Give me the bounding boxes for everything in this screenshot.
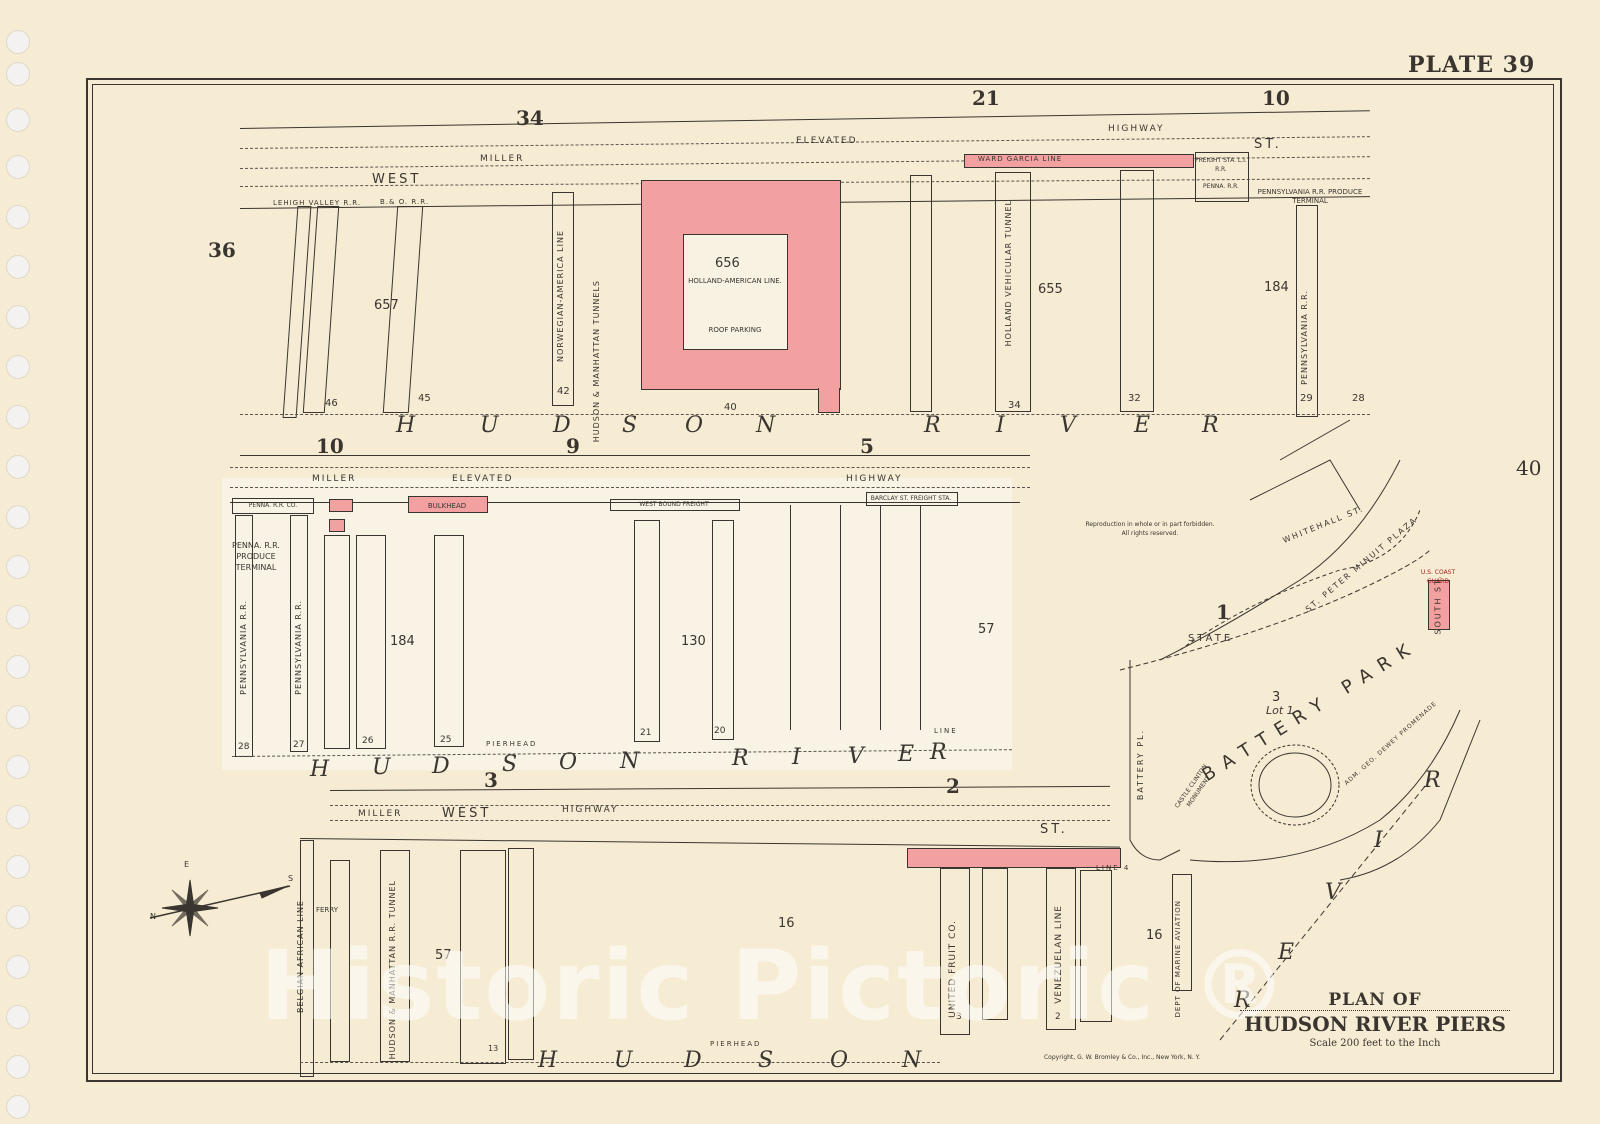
river-letter: V bbox=[848, 744, 864, 769]
pierhead-label: PIERHEAD bbox=[486, 740, 537, 748]
lot-line bbox=[880, 505, 881, 730]
pier bbox=[910, 175, 932, 412]
binder-hole bbox=[6, 405, 30, 429]
block-number: 36 bbox=[208, 238, 236, 262]
binder-hole bbox=[6, 505, 30, 529]
pier bbox=[434, 535, 464, 747]
produce-terminal-label: PENNSYLVANIA R.R. PRODUCE TERMINAL bbox=[1255, 188, 1365, 206]
copyright-notice: Copyright, G. W. Bromley & Co., Inc., Ne… bbox=[1022, 1053, 1222, 1062]
binder-hole bbox=[6, 255, 30, 279]
binder-hole bbox=[6, 705, 30, 729]
pier-number: 45 bbox=[418, 393, 431, 404]
river-letter: I bbox=[792, 745, 801, 770]
river-letter: O bbox=[559, 750, 577, 775]
binder-hole bbox=[6, 355, 30, 379]
river-letter: S bbox=[758, 1048, 773, 1073]
pier-number: 27 bbox=[293, 740, 304, 750]
lot-number: 3 bbox=[1272, 690, 1280, 705]
lot-number: 130 bbox=[681, 634, 706, 649]
pier bbox=[634, 520, 660, 742]
street-label-st: ST. bbox=[1040, 822, 1068, 837]
pier-number: 20 bbox=[714, 726, 725, 736]
pier-number: 34 bbox=[1008, 400, 1021, 411]
river-letter: H bbox=[310, 757, 329, 782]
pier-number: 25 bbox=[440, 735, 451, 745]
binder-hole bbox=[6, 755, 30, 779]
rail-label: LEHIGH VALLEY R.R. bbox=[273, 199, 361, 207]
compass-north: N bbox=[150, 912, 156, 921]
pier-number: 26 bbox=[362, 736, 373, 746]
river-letter: R bbox=[924, 413, 941, 438]
pier-holland-american-ext bbox=[818, 388, 840, 413]
river-letter: U bbox=[372, 755, 391, 780]
pier-number: 13 bbox=[488, 1044, 498, 1053]
river-letter: D bbox=[432, 754, 450, 779]
river-letter: H bbox=[396, 413, 415, 438]
pier-note: ROOF PARKING bbox=[688, 326, 782, 335]
binder-hole bbox=[6, 855, 30, 879]
pier bbox=[712, 520, 734, 740]
lot-line bbox=[840, 505, 841, 730]
street-label-highway: HIGHWAY bbox=[562, 805, 619, 815]
penna-label: PENNA. R.R. bbox=[1195, 182, 1247, 191]
lot-line bbox=[790, 505, 791, 730]
bulkhead-label: WARD GARCIA LINE bbox=[978, 155, 1062, 163]
river-letter: E bbox=[898, 742, 914, 767]
street-label-elevated: ELEVATED bbox=[796, 136, 858, 146]
street-label-west: WEST bbox=[372, 172, 421, 187]
street-label-west: WEST bbox=[442, 806, 491, 821]
binder-hole bbox=[6, 30, 30, 54]
river-letter: N bbox=[620, 749, 639, 774]
binder-hole bbox=[6, 155, 30, 179]
pier-label: PENNSYLVANIA R.R. bbox=[294, 600, 303, 695]
map-title-line2: HUDSON RIVER PIERS bbox=[1240, 1010, 1510, 1036]
compass-icon bbox=[140, 860, 300, 940]
elevated-line bbox=[230, 467, 1030, 468]
line-label: LINE bbox=[934, 727, 958, 735]
highlighted-lot bbox=[329, 519, 345, 532]
river-letter: S bbox=[502, 752, 517, 777]
rail-label: B.& O. R.R. bbox=[380, 198, 429, 206]
lot-line bbox=[920, 505, 921, 730]
pier bbox=[356, 535, 386, 749]
watermark: Historic Pictoric ® bbox=[260, 930, 1289, 1042]
river-letter: R bbox=[930, 740, 947, 765]
river-letter: D bbox=[684, 1048, 702, 1073]
lot-number: 184 bbox=[1264, 280, 1289, 295]
street-label-miller: MILLER bbox=[312, 474, 356, 484]
pier-label: PENNSYLVANIA R.R. bbox=[239, 600, 248, 695]
lot-number: 657 bbox=[374, 298, 399, 313]
block-number: 1 bbox=[1216, 600, 1230, 624]
map-title-line1: PLAN OF bbox=[1240, 990, 1510, 1010]
adjacent-plate-number: 40 bbox=[1516, 456, 1541, 480]
pier bbox=[324, 535, 350, 749]
pier-number: 28 bbox=[238, 742, 249, 752]
river-letter: R bbox=[732, 746, 749, 771]
river-letter: N bbox=[902, 1048, 921, 1073]
street-line bbox=[240, 455, 1030, 456]
binder-hole bbox=[6, 1095, 30, 1119]
binder-hole bbox=[6, 205, 30, 229]
binder-hole bbox=[6, 108, 30, 132]
pier-number: 40 bbox=[724, 402, 737, 413]
tunnel-label: HUDSON & MANHATTAN TUNNELS bbox=[592, 280, 601, 442]
river-letter: I bbox=[1374, 828, 1383, 853]
map-title: PLAN OF HUDSON RIVER PIERS Scale 200 fee… bbox=[1240, 990, 1510, 1049]
lot-number: 16 bbox=[778, 916, 795, 931]
barclay-label: BARCLAY ST. FREIGHT STA. bbox=[868, 494, 954, 503]
lot-number: 57 bbox=[978, 622, 995, 637]
river-letter: U bbox=[480, 413, 499, 438]
lot-number: 184 bbox=[390, 634, 415, 649]
lot-number: 656 bbox=[715, 256, 740, 271]
lot-number: 655 bbox=[1038, 282, 1063, 297]
pier-number: 46 bbox=[325, 398, 338, 409]
binder-hole bbox=[6, 605, 30, 629]
plate-title: PLATE 39 bbox=[1408, 52, 1535, 78]
pier-label: NORWEGIAN-AMERICA LINE bbox=[556, 230, 565, 362]
street-label-st: ST. bbox=[1254, 137, 1282, 152]
pier-number: 21 bbox=[640, 728, 651, 738]
river-letter: N bbox=[756, 413, 775, 438]
street-label-highway: HIGHWAY bbox=[1108, 124, 1165, 134]
river-letter: O bbox=[685, 413, 703, 438]
freight-label: FREIGHT STA. L.I. R.R. bbox=[1195, 156, 1247, 174]
binder-hole bbox=[6, 905, 30, 929]
bulkhead-highlight bbox=[907, 848, 1121, 868]
street-label-miller: MILLER bbox=[480, 154, 524, 164]
map-scale: Scale 200 feet to the Inch bbox=[1240, 1038, 1510, 1049]
river-letter: I bbox=[996, 413, 1005, 438]
binder-hole bbox=[6, 955, 30, 979]
bulkhead-label: BULKHEAD bbox=[410, 502, 484, 511]
street-label-miller: MILLER bbox=[358, 809, 402, 819]
pier-holland-tunnel bbox=[995, 172, 1031, 412]
river-letter: U bbox=[614, 1048, 633, 1073]
street-label-state: STATE bbox=[1188, 633, 1233, 644]
west-bound-freight-label: WEST BOUND FREIGHT bbox=[612, 500, 736, 509]
binder-hole bbox=[6, 805, 30, 829]
block-number: 10 bbox=[1262, 86, 1290, 110]
river-letter: H bbox=[538, 1048, 557, 1073]
compass-east: E bbox=[184, 860, 189, 869]
street-label-south: SOUTH ST. bbox=[1434, 574, 1443, 634]
pier bbox=[1120, 170, 1154, 412]
pier-name: HOLLAND-AMERICAN LINE. bbox=[688, 277, 782, 286]
block-number: 21 bbox=[972, 86, 1000, 110]
pier-number: 42 bbox=[557, 386, 570, 397]
compass-south: S bbox=[288, 874, 293, 883]
binder-hole bbox=[6, 455, 30, 479]
compass-rose: N S E bbox=[140, 860, 300, 940]
tunnel-label: HOLLAND VEHICULAR TUNNEL bbox=[1004, 200, 1013, 346]
penna-rr-co-label: PENNA. R.R. CO. bbox=[236, 501, 310, 510]
river-letter: O bbox=[830, 1048, 848, 1073]
highlighted-lot bbox=[329, 499, 353, 512]
street-label-battery-pl: BATTERY PL. bbox=[1136, 729, 1145, 800]
binder-hole bbox=[6, 655, 30, 679]
river-letter: V bbox=[1060, 413, 1076, 438]
binder-hole bbox=[6, 305, 30, 329]
street-label-highway: HIGHWAY bbox=[846, 474, 903, 484]
binder-hole bbox=[6, 555, 30, 579]
elevated-line bbox=[230, 487, 1030, 488]
river-letter: S bbox=[622, 413, 637, 438]
river-letter: V bbox=[1325, 880, 1341, 905]
street-label-elevated: ELEVATED bbox=[452, 474, 514, 484]
binder-hole bbox=[6, 1005, 30, 1029]
block-number: 34 bbox=[516, 106, 544, 130]
river-letter: R bbox=[1424, 768, 1441, 793]
pier-label: PENNSYLVANIA R.R. bbox=[1300, 290, 1309, 385]
binder-hole bbox=[6, 62, 30, 86]
binder-hole bbox=[6, 1055, 30, 1079]
